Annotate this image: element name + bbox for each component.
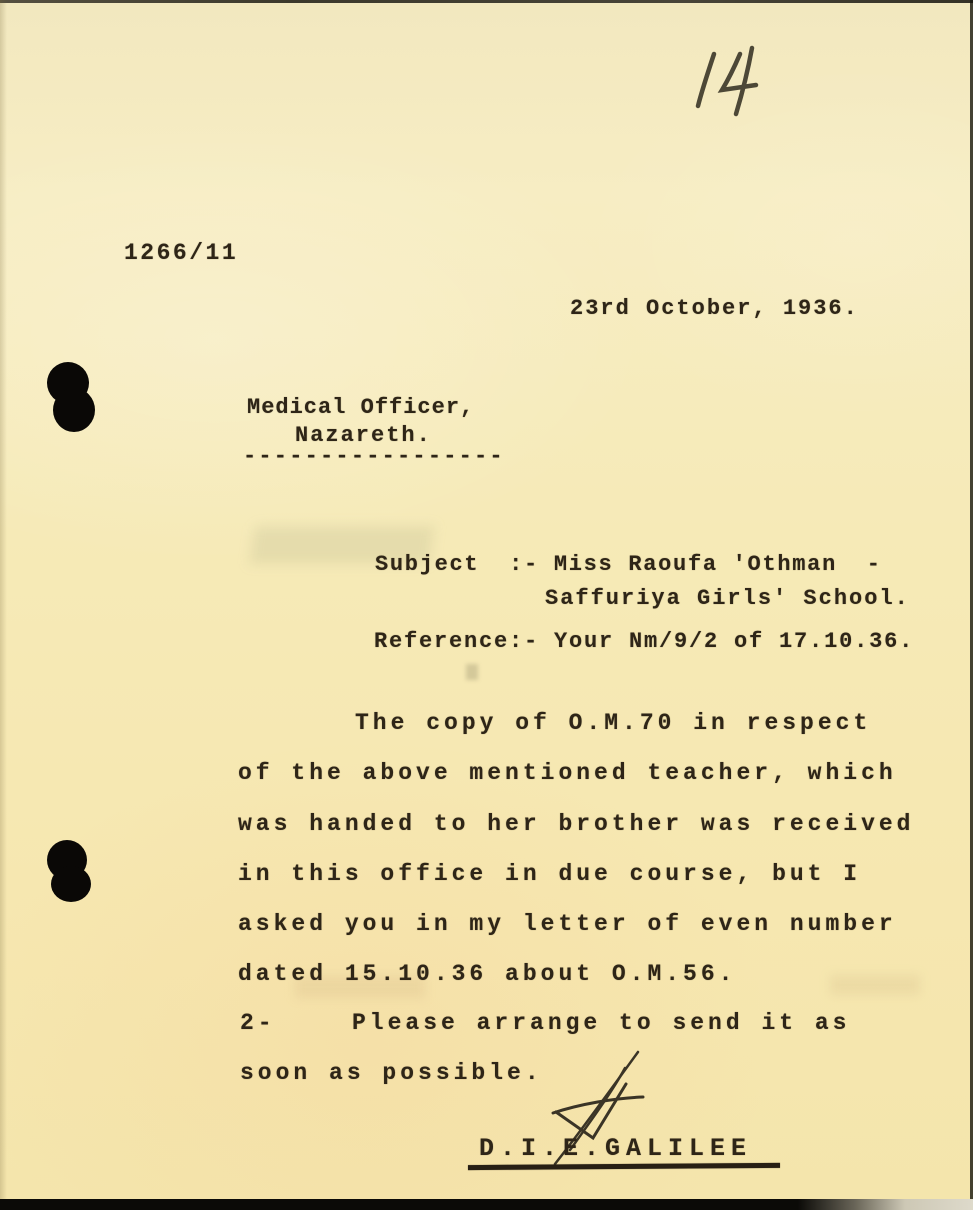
ink-blot-upper xyxy=(45,362,95,434)
body-line-5: asked you in my letter of even number xyxy=(238,911,897,937)
body-line-3: was handed to her brother was received xyxy=(238,811,915,837)
file-reference-number: 1266/11 xyxy=(124,240,238,266)
letter-date: 23rd October, 1936. xyxy=(570,296,859,321)
scan-edge-left-shadow xyxy=(0,0,7,1210)
body-line-6: dated 15.10.36 about O.M.56. xyxy=(238,961,736,987)
scan-edge-top xyxy=(0,0,973,3)
body-line-8: soon as possible. xyxy=(240,1060,543,1086)
body-line-4: in this office in due course, but I xyxy=(238,861,861,887)
body-line-2: of the above mentioned teacher, which xyxy=(238,760,897,786)
ghost-mark xyxy=(466,664,478,680)
subject-line-2: Saffuriya Girls' School. xyxy=(545,586,910,611)
addressee-dashed-rule: ----------------- xyxy=(243,444,505,469)
ink-blot-lower xyxy=(45,840,93,906)
signature-name: D.I.E.GALILEE xyxy=(479,1134,752,1163)
handwritten-page-number xyxy=(668,38,778,128)
reference-line: Reference:- Your Nm/9/2 of 17.10.36. xyxy=(374,629,914,654)
body-line-7: Please arrange to send it as xyxy=(352,1010,850,1036)
body-line-1: The copy of O.M.70 in respect xyxy=(355,710,871,736)
paragraph-2-number: 2- xyxy=(240,1010,276,1036)
subject-line-1: Subject :- Miss Raoufa 'Othman - xyxy=(375,552,882,577)
ghost-smudge-lower-right xyxy=(830,975,920,995)
signature-underline xyxy=(468,1163,780,1170)
addressee-line-1: Medical Officer, xyxy=(247,395,474,420)
scan-edge-bottom-bar xyxy=(0,1199,973,1210)
scanned-letter-page: 1266/11 23rd October, 1936. Medical Offi… xyxy=(0,0,973,1210)
